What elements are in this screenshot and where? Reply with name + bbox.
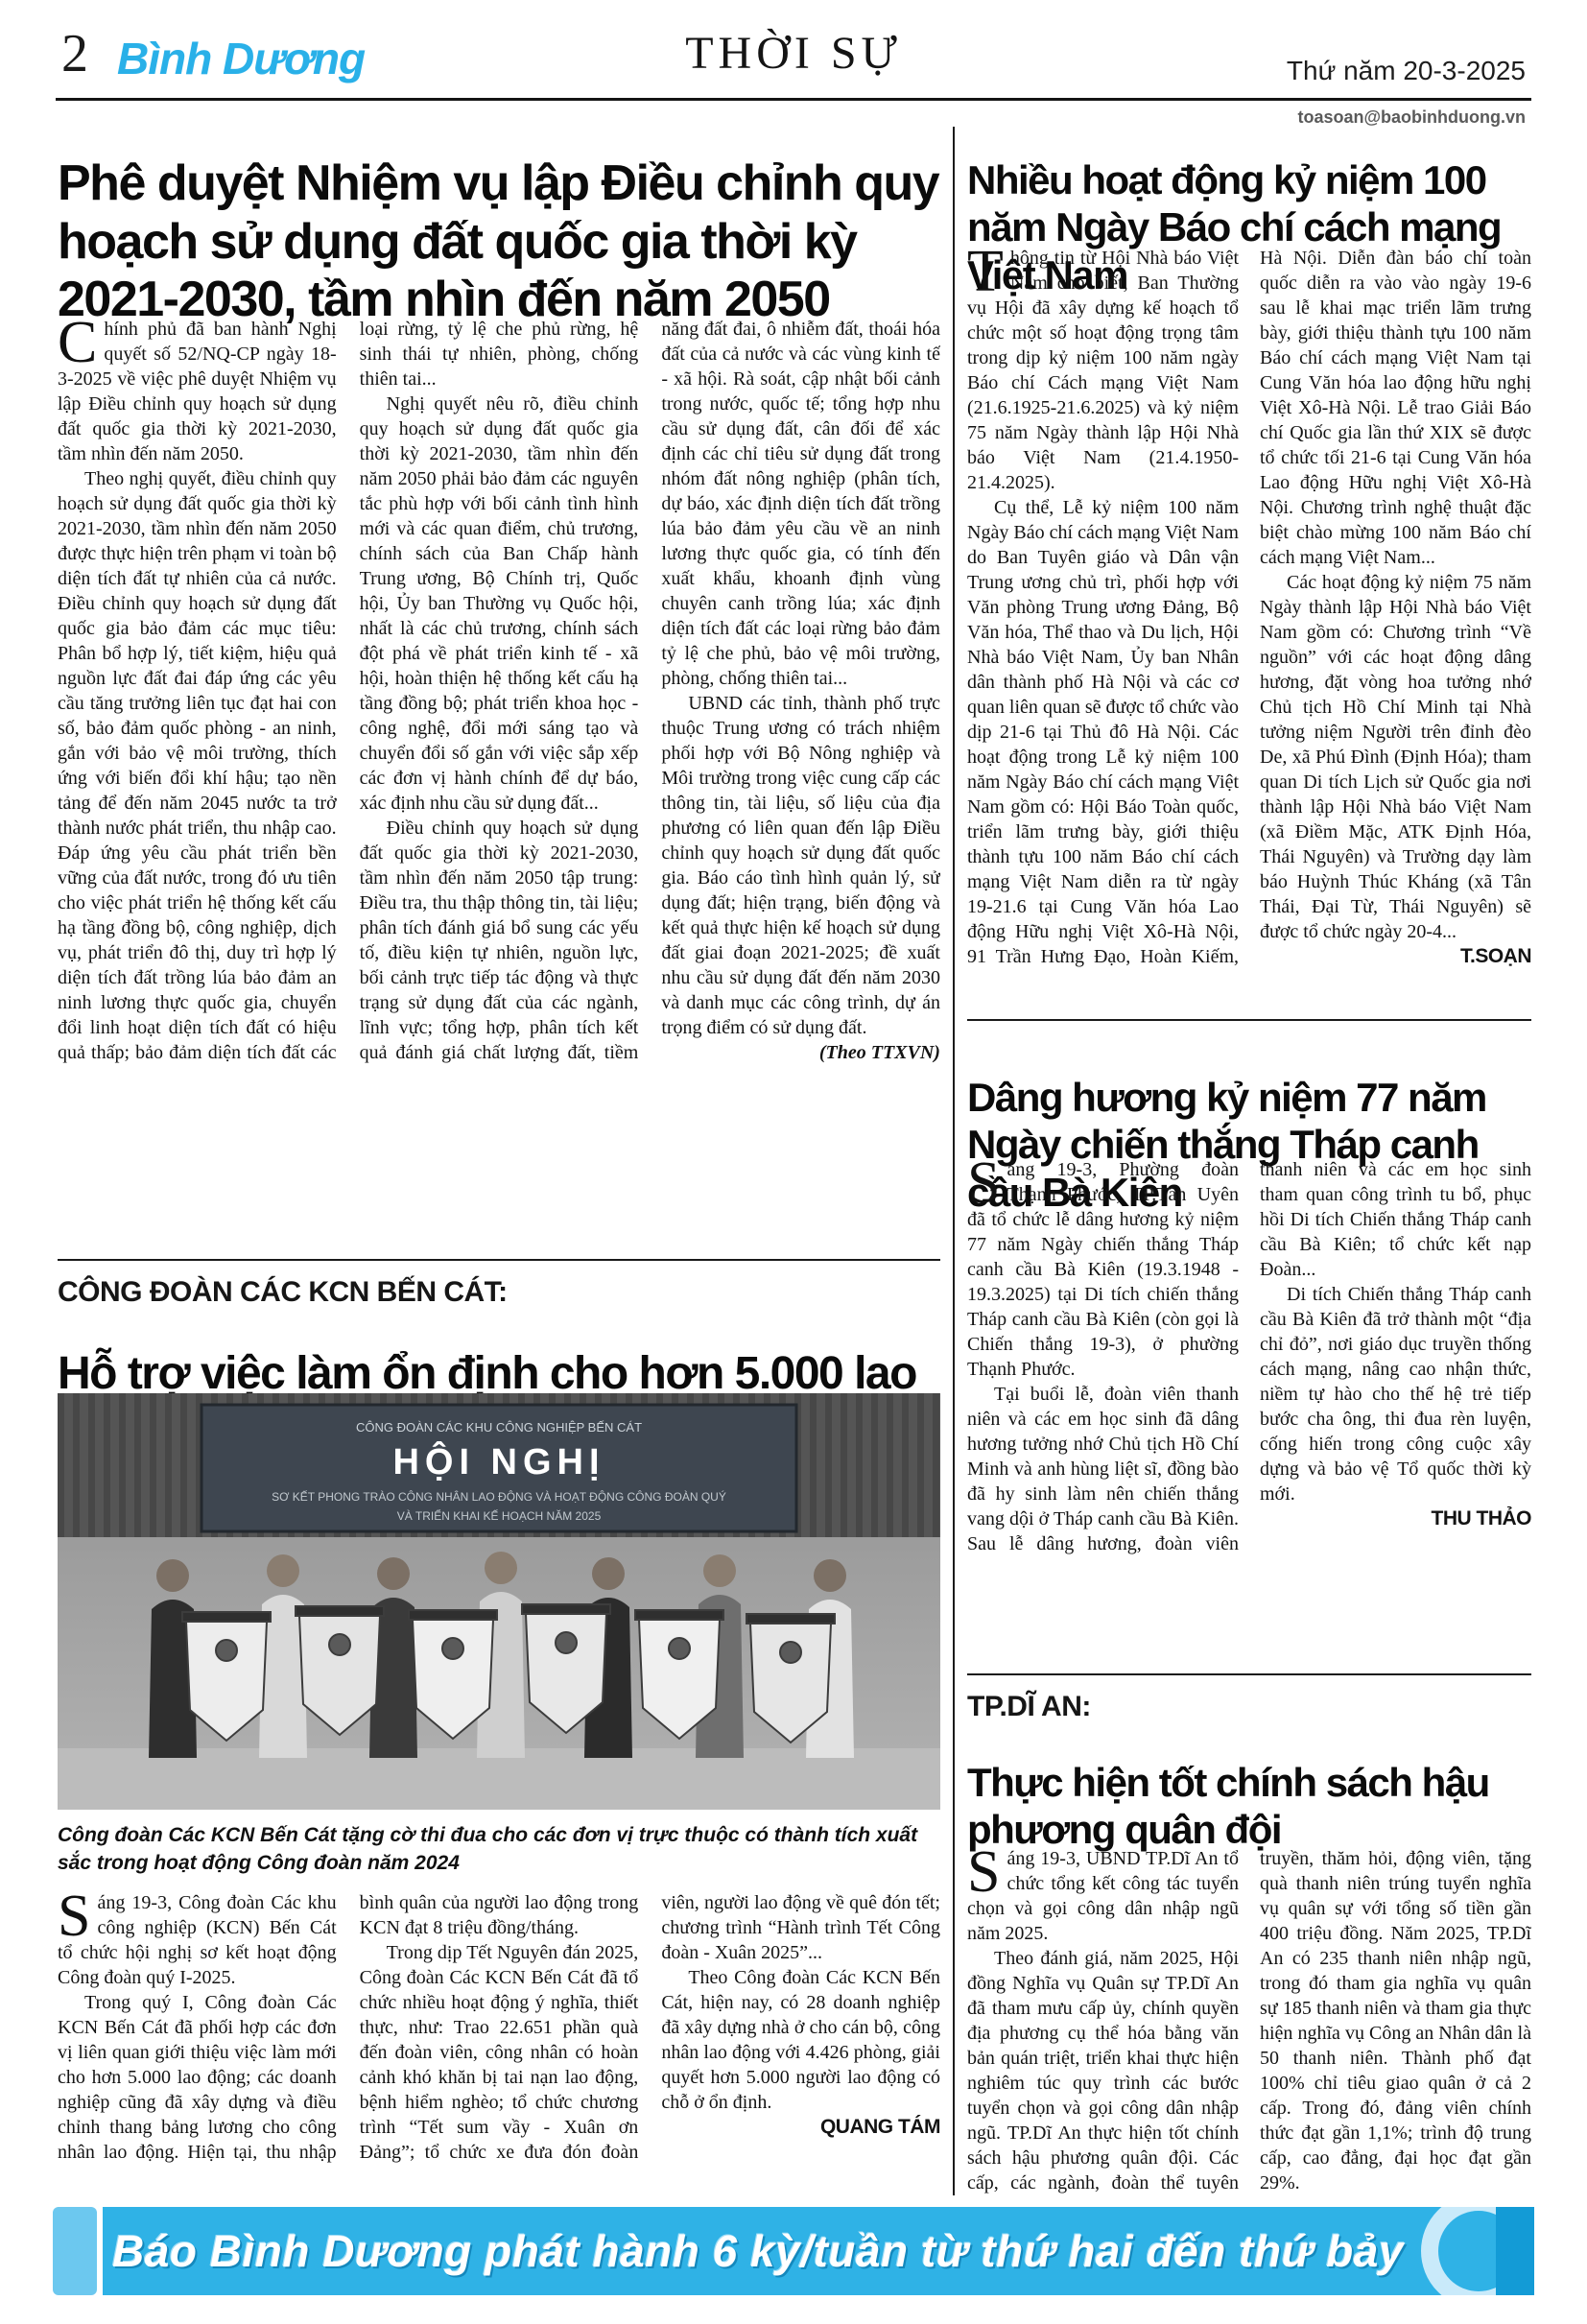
- banner-left-decoration: [53, 2207, 97, 2295]
- right-divider-1: [967, 1019, 1531, 1021]
- right-divider-2: [967, 1673, 1531, 1675]
- article-land-body: Chính phủ đã ban hành Nghị quyết số 52/N…: [58, 317, 940, 1251]
- issue-date: Thứ năm 20-3-2025: [1287, 56, 1526, 86]
- article-bakien-body: Sáng 19-3, Phường đoàn Thạnh Phước, TP.T…: [967, 1157, 1531, 1652]
- dropcap: T: [967, 246, 1010, 295]
- dropcap: S: [967, 1846, 1007, 1895]
- article-bencat-author: QUANG TÁM: [661, 2115, 940, 2140]
- article-dian-body: Sáng 19-3, UBND TP.Dĩ An tổ chức tổng kế…: [967, 1846, 1531, 2195]
- article-bakien-author: THU THẢO: [1260, 1506, 1531, 1531]
- photo-banner-line1: SƠ KẾT PHONG TRÀO CÔNG NHÂN LAO ĐỘNG VÀ …: [272, 1489, 726, 1504]
- photo-illustration: CÔNG ĐOÀN CÁC KHU CÔNG NGHIỆP BẾN CÁT HỘ…: [58, 1393, 940, 1810]
- left-article-divider: [58, 1259, 940, 1261]
- article-bencat-kicker: CÔNG ĐOÀN CÁC KCN BẾN CÁT:: [58, 1276, 508, 1309]
- dropcap: S: [58, 1890, 97, 1939]
- article-press-paragraph: Các hoạt động kỷ niệm 75 năm Ngày thành …: [1260, 570, 1531, 944]
- contact-email: toasoan@baobinhduong.vn: [1297, 107, 1526, 128]
- article-bakien-lead: áng 19-3, Phường đoàn Thạnh Phước, TP.Tâ…: [967, 1159, 1239, 1380]
- photo-banner-title: HỘI NGHỊ: [392, 1439, 604, 1482]
- photo-caption: Công đoàn Các KCN Bến Cát tặng cờ thi đu…: [58, 1821, 925, 1878]
- article-land-paragraph: Nghị quyết nêu rõ, điều chỉnh quy hoạch …: [360, 391, 639, 816]
- article-dian-lead: áng 19-3, UBND TP.Dĩ An tổ chức tổng kết…: [967, 1848, 1239, 1944]
- footer-banner: Báo Bình Dương phát hành 6 kỳ/tuần từ th…: [53, 2207, 1534, 2295]
- banner-slogan: Báo Bình Dương phát hành 6 kỳ/tuần từ th…: [112, 2225, 1404, 2277]
- article-land-headline: Phê duyệt Nhiệm vụ lập Điều chỉnh quy ho…: [58, 154, 944, 329]
- article-bencat-lead: áng 19-3, Công đoàn Các khu công nghiệp …: [58, 1892, 337, 1988]
- article-dian-kicker: TP.DĨ AN:: [967, 1691, 1091, 1723]
- article-bencat-paragraph: Theo Công đoàn Các KCN Bến Cát, hiện nay…: [661, 1965, 940, 2115]
- photo-banner-org: CÔNG ĐOÀN CÁC KHU CÔNG NGHIỆP BẾN CÁT: [356, 1420, 642, 1435]
- article-press-body: Thông tin từ Hội Nhà báo Việt Nam cho bi…: [967, 246, 1531, 1006]
- dropcap: C: [58, 317, 104, 366]
- banner-crescent-decoration: [1413, 2207, 1496, 2295]
- banner-strip: Báo Bình Dương phát hành 6 kỳ/tuần từ th…: [103, 2207, 1413, 2295]
- article-land-source: (Theo TTXVN): [661, 1040, 940, 1065]
- dropcap: S: [967, 1157, 1007, 1206]
- article-bencat-body: Sáng 19-3, Công đoàn Các khu công nghiệp…: [58, 1890, 940, 2197]
- article-press-author: T.SOẠN: [1260, 944, 1531, 969]
- column-divider: [953, 127, 955, 2195]
- newspaper-page: 2 Bình Dương THỜI SỰ Thứ năm 20-3-2025 t…: [0, 0, 1587, 2324]
- article-dian-headline: Thực hiện tốt chính sách hậu phương quân…: [967, 1759, 1504, 1854]
- article-bakien-paragraph: Di tích Chiến thắng Tháp canh cầu Bà Kiê…: [1260, 1282, 1531, 1506]
- article-land-paragraph: UBND các tỉnh, thành phố trực thuộc Trun…: [661, 691, 940, 1040]
- photo-banner-line2: VÀ TRIỂN KHAI KẾ HOẠCH NĂM 2025: [397, 1508, 602, 1523]
- banner-right-decoration: [1496, 2207, 1534, 2295]
- header-rule: [56, 98, 1531, 101]
- article-photo: CÔNG ĐOÀN CÁC KHU CÔNG NGHIỆP BẾN CÁT HỘ…: [58, 1393, 940, 1810]
